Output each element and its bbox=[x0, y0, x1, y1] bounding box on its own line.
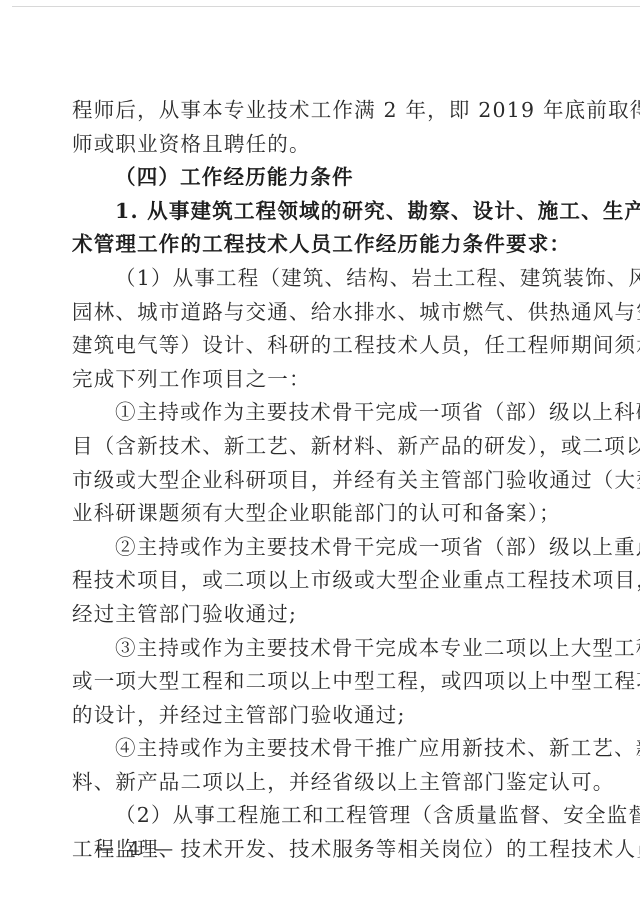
text-line: 程师后，从事本专业技术工作满 2 年，即 2019 年底前取得工程 bbox=[72, 94, 602, 128]
item-heading-continued: 术管理工作的工程技术人员工作经历能力条件要求： bbox=[72, 228, 602, 262]
document-page: 程师后，从事本专业技术工作满 2 年，即 2019 年底前取得工程 师或职业资格… bbox=[72, 94, 602, 867]
text-line: 目（含新技术、新工艺、新材料、新产品的研发），或二项以上 bbox=[72, 430, 602, 464]
scan-top-edge bbox=[12, 6, 640, 7]
section-heading: （四）工作经历能力条件 bbox=[72, 161, 602, 195]
list-item-2: ②主持或作为主要技术骨干完成一项省（部）级以上重点工 bbox=[72, 531, 602, 565]
subitem-paragraph: （1）从事工程（建筑、结构、岩土工程、建筑装饰、风景 bbox=[72, 262, 602, 296]
text-line: 料、新产品二项以上，并经省级以上主管部门鉴定认可。 bbox=[72, 766, 602, 800]
text-line: 师或职业资格且聘任的。 bbox=[72, 128, 602, 162]
text-line: 业科研课题须有大型企业职能部门的认可和备案）； bbox=[72, 497, 602, 531]
text-line: 园林、城市道路与交通、给水排水、城市燃气、供热通风与空调、 bbox=[72, 296, 602, 330]
item-heading: 1. 从事建筑工程领域的研究、勘察、设计、施工、生产和技 bbox=[72, 195, 602, 229]
text-line: 的设计，并经过主管部门验收通过; bbox=[72, 699, 602, 733]
text-line: 经过主管部门验收通过; bbox=[72, 598, 602, 632]
text-line: 建筑电气等）设计、科研的工程技术人员，任工程师期间须承担 bbox=[72, 329, 602, 363]
text-line: 市级或大型企业科研项目，并经有关主管部门验收通过（大型企 bbox=[72, 464, 602, 498]
text-line: 完成下列工作项目之一： bbox=[72, 363, 602, 397]
page-number: — 4 — bbox=[95, 838, 177, 860]
text-line: 或一项大型工程和二项以上中型工程，或四项以上中型工程项目 bbox=[72, 665, 602, 699]
list-item-4: ④主持或作为主要技术骨干推广应用新技术、新工艺、新材 bbox=[72, 732, 602, 766]
subitem-paragraph: （2）从事工程施工和工程管理（含质量监督、安全监督、 bbox=[72, 799, 602, 833]
text-line: 程技术项目，或二项以上市级或大型企业重点工程技术项目，并 bbox=[72, 564, 602, 598]
list-item-3: ③主持或作为主要技术骨干完成本专业二项以上大型工程， bbox=[72, 632, 602, 666]
list-item-1: ①主持或作为主要技术骨干完成一项省（部）级以上科研项 bbox=[72, 396, 602, 430]
